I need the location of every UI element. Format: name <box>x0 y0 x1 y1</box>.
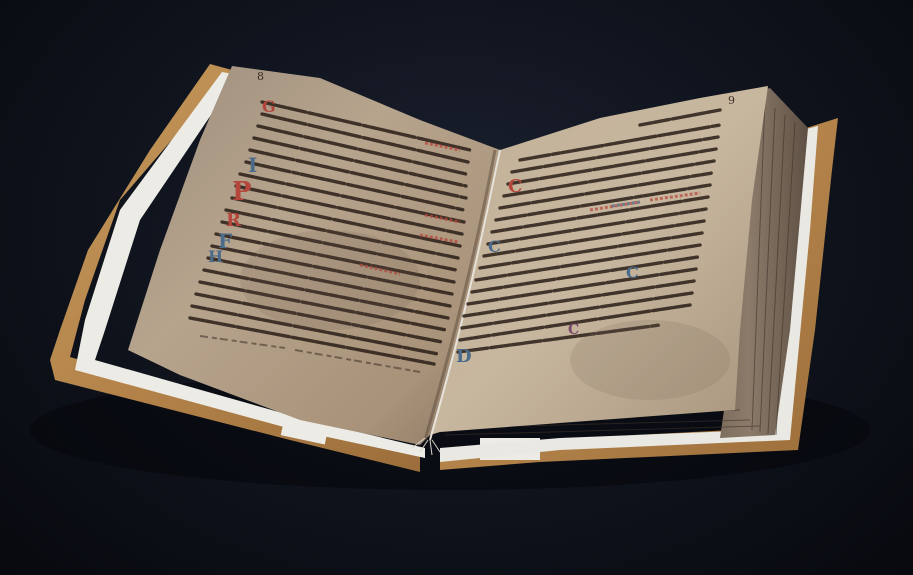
svg-text:R: R <box>226 210 242 231</box>
right-folio-number: 9 <box>728 94 735 107</box>
left-folio-number: 8 <box>257 70 264 83</box>
manuscript-illustration: G I P R F H 8 C <box>0 0 913 575</box>
svg-text:C: C <box>568 322 579 338</box>
photo-scene: Open medieval manuscript book <box>0 0 913 575</box>
svg-text:P: P <box>232 177 252 207</box>
svg-text:C: C <box>488 237 501 256</box>
svg-text:C: C <box>626 263 639 282</box>
svg-text:I: I <box>248 153 257 177</box>
svg-text:H: H <box>208 247 223 266</box>
svg-text:G: G <box>262 97 276 116</box>
svg-text:D: D <box>456 346 472 367</box>
svg-text:C: C <box>508 176 522 197</box>
